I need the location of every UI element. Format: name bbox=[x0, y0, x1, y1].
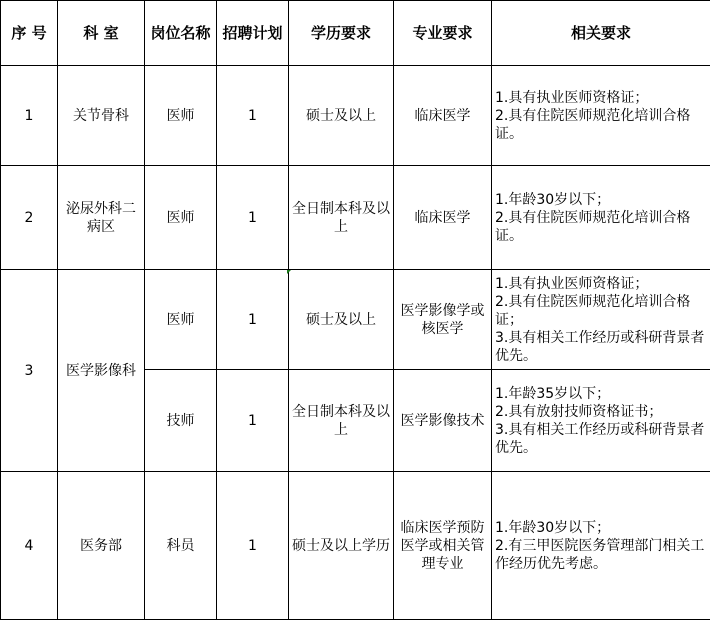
header-education: 学历要求 bbox=[289, 1, 394, 66]
cell-education: 硕士及以上 bbox=[289, 270, 394, 370]
cell-education: 硕士及以上 bbox=[289, 66, 394, 166]
header-dept: 科 室 bbox=[58, 1, 145, 66]
cell-dept: 关节骨科 bbox=[58, 66, 145, 166]
requirement-item: 1.年龄30岁以下； bbox=[495, 519, 709, 537]
requirement-item: 2.具有住院医师规范化培训合格证； bbox=[495, 293, 709, 329]
cell-major: 临床医学 bbox=[394, 66, 492, 166]
requirement-item: 1.具有执业医师资格证； bbox=[495, 89, 709, 107]
cell-count: 1 bbox=[217, 166, 289, 270]
cell-requirements: 1.年龄35岁以下； 2.具有放射技师资格证书； 3.具有相关工作经历或科研背景… bbox=[492, 370, 710, 472]
cell-position: 医师 bbox=[145, 166, 217, 270]
cell-major: 临床医学 bbox=[394, 166, 492, 270]
recruitment-table: 序 号 科 室 岗位名称 招聘计划 学历要求 专业要求 相关要求 1 关节骨科 … bbox=[0, 0, 710, 620]
cell-seq: 2 bbox=[1, 166, 58, 270]
cell-comment-marker-icon bbox=[287, 270, 291, 274]
header-requirements: 相关要求 bbox=[492, 1, 710, 66]
cell-major: 临床医学预防医学或相关管理专业 bbox=[394, 472, 492, 620]
table-row: 2 泌尿外科二病区 医师 1 全日制本科及以上 临床医学 1.年龄30岁以下； … bbox=[1, 166, 710, 270]
header-seq: 序 号 bbox=[1, 1, 58, 66]
header-row: 序 号 科 室 岗位名称 招聘计划 学历要求 专业要求 相关要求 bbox=[1, 1, 710, 66]
cell-seq: 3 bbox=[1, 270, 58, 472]
table-row: 1 关节骨科 医师 1 硕士及以上 临床医学 1.具有执业医师资格证； 2.具有… bbox=[1, 66, 710, 166]
requirement-item: 3.具有相关工作经历或科研背景者优先。 bbox=[495, 421, 709, 457]
requirement-item: 1.年龄30岁以下； bbox=[495, 191, 709, 209]
requirement-item: 2.有三甲医院医务管理部门相关工作经历优先考虑。 bbox=[495, 537, 709, 573]
header-count: 招聘计划 bbox=[217, 1, 289, 66]
cell-education: 硕士及以上学历 bbox=[289, 472, 394, 620]
requirement-item: 2.具有住院医师规范化培训合格证。 bbox=[495, 209, 709, 245]
cell-seq: 1 bbox=[1, 66, 58, 166]
requirement-item: 1.具有执业医师资格证； bbox=[495, 275, 709, 293]
cell-position: 医师 bbox=[145, 66, 217, 166]
cell-position: 科员 bbox=[145, 472, 217, 620]
requirement-item: 3.具有相关工作经历或科研背景者优先。 bbox=[495, 329, 709, 365]
cell-requirements: 1.年龄30岁以下； 2.具有住院医师规范化培训合格证。 bbox=[492, 166, 710, 270]
header-major: 专业要求 bbox=[394, 1, 492, 66]
cell-dept: 医务部 bbox=[58, 472, 145, 620]
header-position: 岗位名称 bbox=[145, 1, 217, 66]
cell-major: 医学影像技术 bbox=[394, 370, 492, 472]
cell-requirements: 1.具有执业医师资格证； 2.具有住院医师规范化培训合格证； 3.具有相关工作经… bbox=[492, 270, 710, 370]
cell-dept: 泌尿外科二病区 bbox=[58, 166, 145, 270]
cell-major: 医学影像学或核医学 bbox=[394, 270, 492, 370]
cell-count: 1 bbox=[217, 270, 289, 370]
table-row: 4 医务部 科员 1 硕士及以上学历 临床医学预防医学或相关管理专业 1.年龄3… bbox=[1, 472, 710, 620]
cell-education: 全日制本科及以上 bbox=[289, 166, 394, 270]
requirement-item: 1.年龄35岁以下； bbox=[495, 385, 709, 403]
cell-seq: 4 bbox=[1, 472, 58, 620]
cell-count: 1 bbox=[217, 66, 289, 166]
cell-education: 全日制本科及以上 bbox=[289, 370, 394, 472]
cell-count: 1 bbox=[217, 472, 289, 620]
cell-requirements: 1.具有执业医师资格证； 2.具有住院医师规范化培训合格证。 bbox=[492, 66, 710, 166]
cell-dept: 医学影像科 bbox=[58, 270, 145, 472]
cell-position: 医师 bbox=[145, 270, 217, 370]
cell-requirements: 1.年龄30岁以下； 2.有三甲医院医务管理部门相关工作经历优先考虑。 bbox=[492, 472, 710, 620]
table-row: 3 医学影像科 医师 1 硕士及以上 医学影像学或核医学 1.具有执业医师资格证… bbox=[1, 270, 710, 370]
cell-position: 技师 bbox=[145, 370, 217, 472]
requirement-item: 2.具有放射技师资格证书； bbox=[495, 403, 709, 421]
requirement-item: 2.具有住院医师规范化培训合格证。 bbox=[495, 107, 709, 143]
cell-count: 1 bbox=[217, 370, 289, 472]
